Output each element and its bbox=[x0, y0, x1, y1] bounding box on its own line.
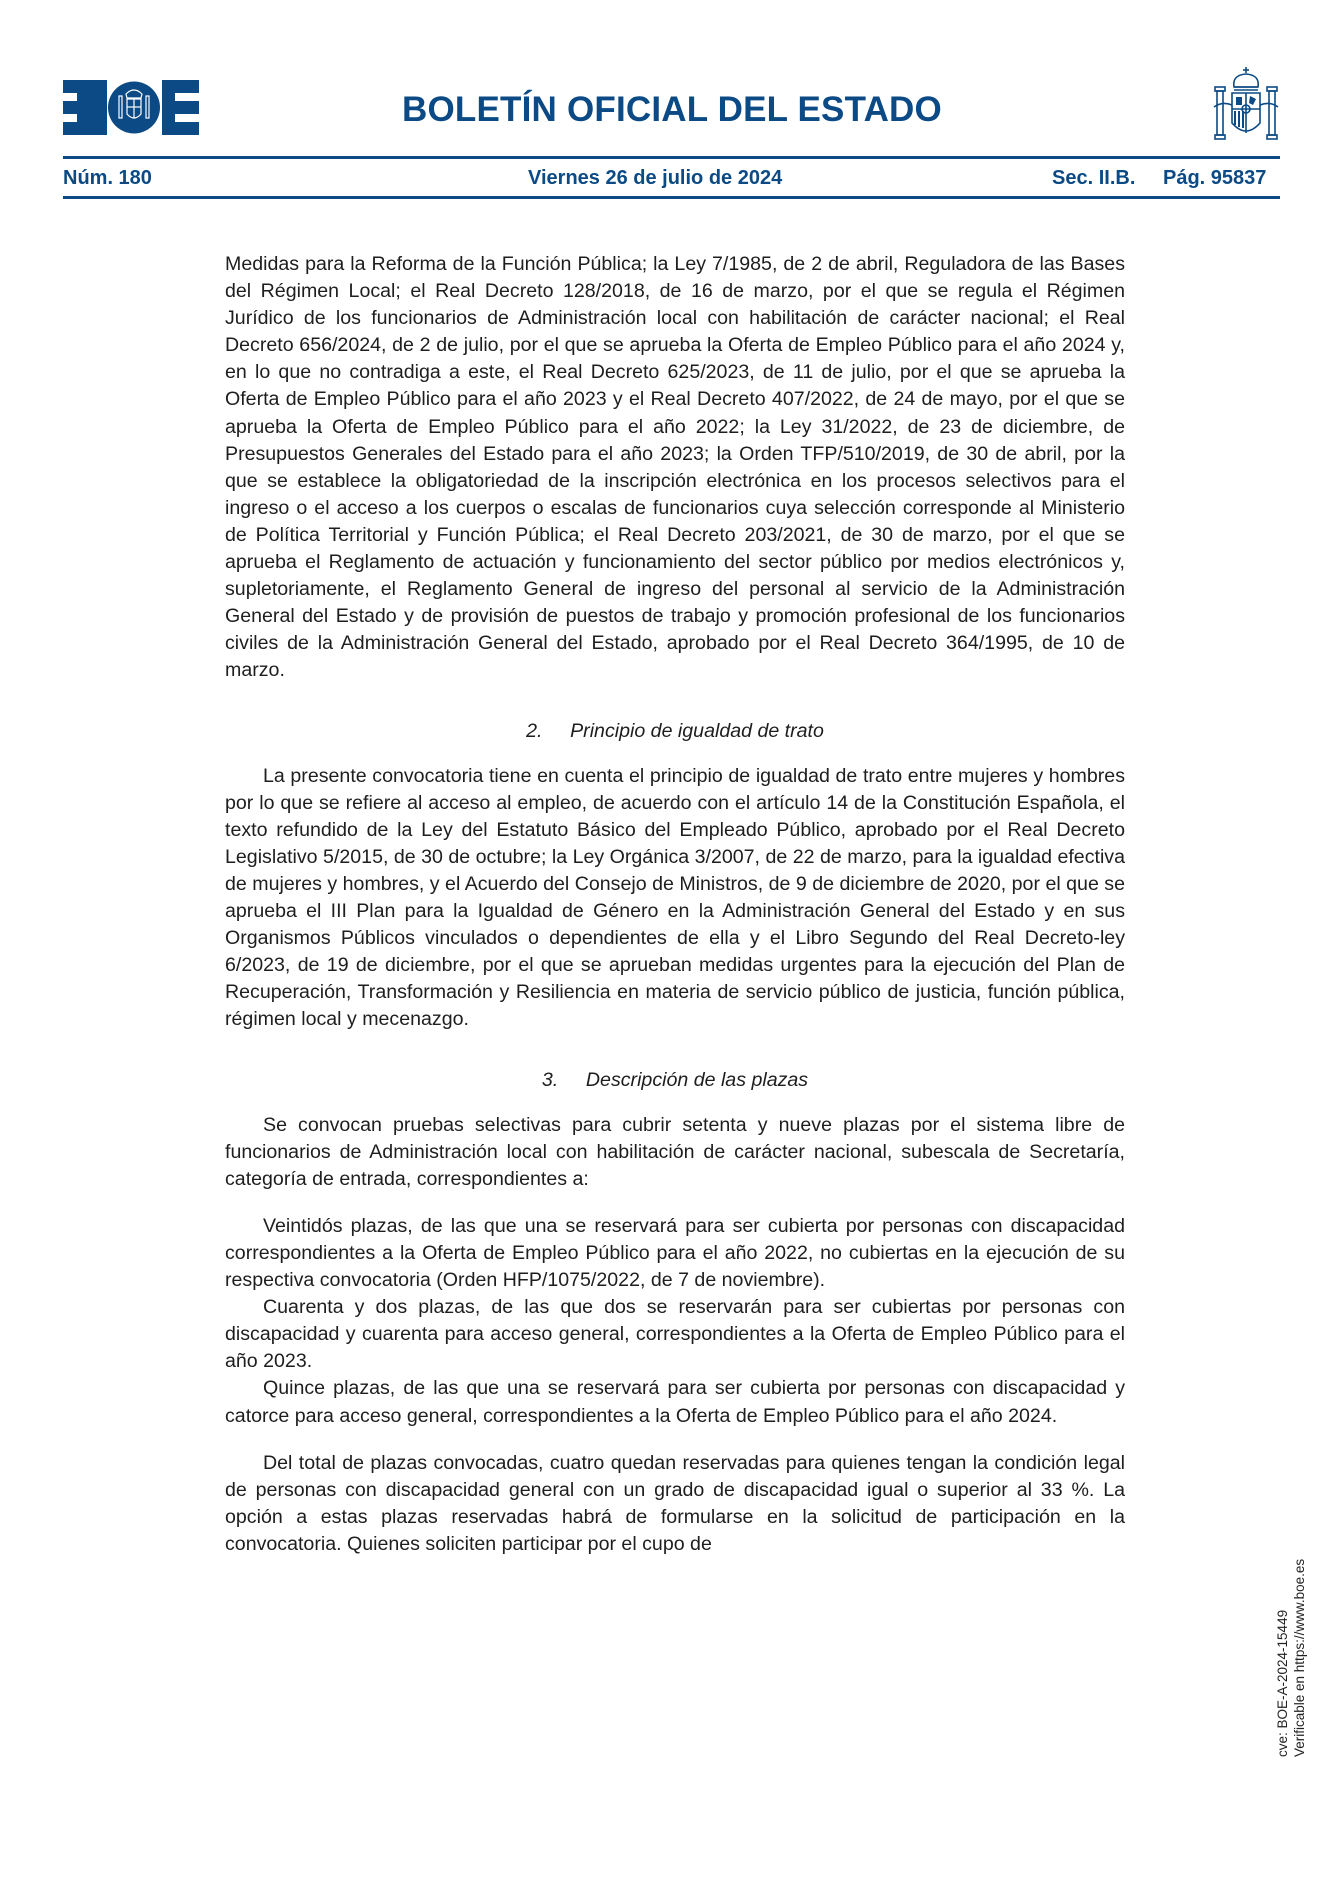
section-heading-2: 2.Principio de igualdad de trato bbox=[225, 718, 1125, 745]
section-number: 2. bbox=[526, 718, 570, 745]
publication-title-text: BOLETÍN OFICIAL DEL ESTADO bbox=[402, 90, 942, 129]
page-number: Pág. 95837 bbox=[1163, 166, 1266, 190]
issue-number: Núm. 180 bbox=[63, 166, 152, 190]
paragraph: La presente convocatoria tiene en cuenta… bbox=[225, 763, 1125, 1034]
header-rule-top bbox=[63, 156, 1280, 159]
section-title: Descripción de las plazas bbox=[586, 1069, 808, 1091]
paragraph: Veintidós plazas, de las que una se rese… bbox=[225, 1213, 1125, 1294]
coat-of-arms-icon bbox=[1212, 67, 1280, 141]
verification-side-note: cve: BOE-A-2024-15449 Verificable en htt… bbox=[1274, 1559, 1308, 1757]
document-body: Medidas para la Reforma de la Función Pú… bbox=[225, 251, 1125, 1558]
cve-code: cve: BOE-A-2024-15449 bbox=[1274, 1559, 1291, 1757]
paragraph: Quince plazas, de las que una se reserva… bbox=[225, 1375, 1125, 1429]
section-title: Principio de igualdad de trato bbox=[570, 720, 824, 742]
paragraph: Se convocan pruebas selectivas para cubr… bbox=[225, 1112, 1125, 1193]
paragraph: Cuarenta y dos plazas, de las que dos se… bbox=[225, 1294, 1125, 1375]
section-number: 3. bbox=[542, 1067, 586, 1094]
publication-title: BOLETÍN OFICIAL DEL ESTADO bbox=[0, 90, 1344, 130]
paragraph: Del total de plazas convocadas, cuatro q… bbox=[225, 1450, 1125, 1558]
intro-paragraph: Medidas para la Reforma de la Función Pú… bbox=[225, 251, 1125, 685]
verification-link[interactable]: Verificable en https://www.boe.es bbox=[1291, 1559, 1308, 1757]
header-rule-bottom bbox=[63, 196, 1280, 199]
issue-date: Viernes 26 de julio de 2024 bbox=[528, 166, 782, 190]
section-heading-3: 3.Descripción de las plazas bbox=[225, 1067, 1125, 1094]
section-label: Sec. II.B. bbox=[1052, 166, 1135, 190]
